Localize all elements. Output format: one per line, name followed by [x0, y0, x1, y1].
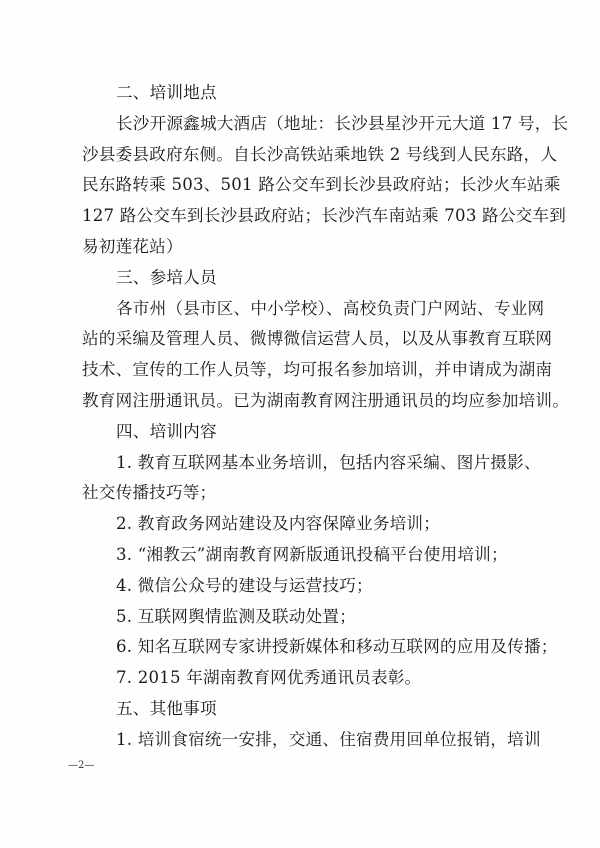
list-item: 6. 知名互联网专家讲授新媒体和移动互联网的应用及传播；	[82, 632, 518, 663]
paragraph-line: 127 路公交车到长沙县政府站；长沙汽车南站乘 703 路公交车到	[82, 201, 518, 232]
list-item: 1. 培训食宿统一安排，交通、住宿费用回单位报销，培训	[82, 725, 518, 756]
paragraph-line: 长沙开源鑫城大酒店（地址：长沙县星沙开元大道 17 号，长	[82, 109, 518, 140]
list-item: 7. 2015 年湖南教育网优秀通讯员表彰。	[82, 663, 518, 694]
paragraph-line: 易初莲花站）	[82, 232, 518, 263]
list-item: 1. 教育互联网基本业务培训，包括内容采编、图片摄影、	[82, 448, 518, 479]
page-number: —2—	[68, 760, 94, 771]
document-page: 二、培训地点 长沙开源鑫城大酒店（地址：长沙县星沙开元大道 17 号，长 沙县委…	[0, 0, 600, 848]
paragraph-line: 民东路转乘 503、501 路公交车到长沙县政府站；长沙火车站乘	[82, 170, 518, 201]
paragraph-line: 技术、宣传的工作人员等，均可报名参加培训，并申请成为湖南	[82, 355, 518, 386]
list-item: 3. “湘教云”湖南教育网新版通讯投稿平台使用培训；	[82, 540, 518, 571]
section-heading-location: 二、培训地点	[82, 78, 518, 109]
list-item: 4. 微信公众号的建设与运营技巧；	[82, 571, 518, 602]
section-heading-participants: 三、参培人员	[82, 263, 518, 294]
paragraph-line: 各市州（县市区、中小学校）、高校负责门户网站、专业网	[82, 294, 518, 325]
list-item: 2. 教育政务网站建设及内容保障业务培训；	[82, 509, 518, 540]
list-item: 5. 互联网舆情监测及联动处置；	[82, 602, 518, 633]
list-item-continuation: 社交传播技巧等；	[82, 478, 518, 509]
paragraph-line: 教育网注册通讯员。已为湖南教育网注册通讯员的均应参加培训。	[82, 386, 518, 417]
paragraph-line: 站的采编及管理人员、微博微信运营人员，以及从事教育互联网	[82, 324, 518, 355]
document-body: 二、培训地点 长沙开源鑫城大酒店（地址：长沙县星沙开元大道 17 号，长 沙县委…	[82, 78, 518, 756]
paragraph-line: 沙县委县政府东侧。自长沙高铁站乘地铁 2 号线到人民东路，人	[82, 140, 518, 171]
section-heading-other: 五、其他事项	[82, 694, 518, 725]
section-heading-content: 四、培训内容	[82, 417, 518, 448]
